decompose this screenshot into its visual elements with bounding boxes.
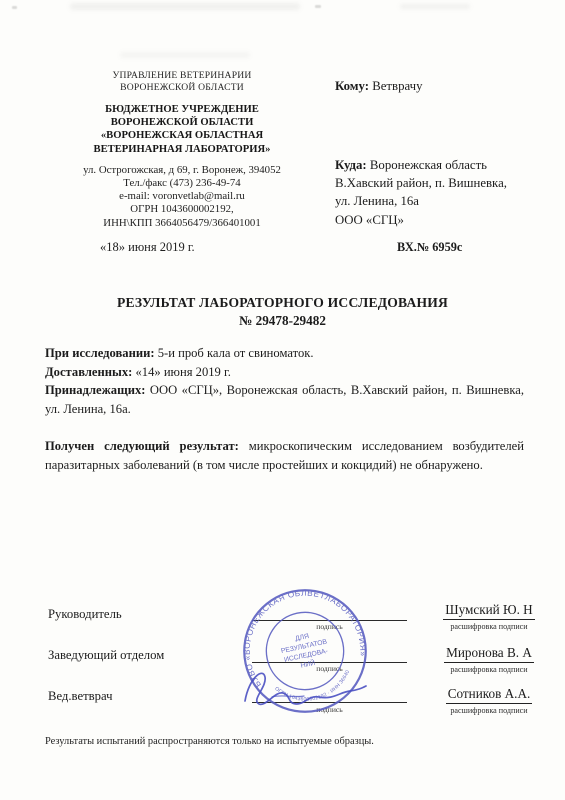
signature-name-block: Миронова В. А расшифровка подписи — [428, 644, 550, 674]
sender-org-line: ВЕТЕРИНАРНАЯ ЛАБОРАТОРИЯ» — [38, 143, 326, 156]
signature-role-director: Руководитель — [48, 607, 122, 622]
signature-name: Сотников А.А. — [446, 686, 533, 704]
signature-name-block: Шумский Ю. Н расшифровка подписи — [428, 601, 550, 631]
sender-inn-kpp: ИНН\КПП 3664056479/366401001 — [38, 217, 326, 230]
sender-organization-name: БЮДЖЕТНОЕ УЧРЕЖДЕНИЕ ВОРОНЕЖСКОЙ ОБЛАСТИ… — [38, 103, 326, 156]
signature-name-block: Сотников А.А. расшифровка подписи — [428, 685, 550, 715]
sender-phone: Тел./факс (473) 236-49-74 — [38, 177, 326, 190]
sender-org-line: ВОРОНЕЖСКОЙ ОБЛАСТИ — [38, 116, 326, 129]
incoming-number: ВХ.№ 6959с — [397, 240, 462, 255]
sender-address: ул. Острогожская, д 69, г. Воронеж, 3940… — [38, 164, 326, 177]
sender-org-line: БЮДЖЕТНОЕ УЧРЕЖДЕНИЕ — [38, 103, 326, 116]
recipient-address: Куда: Воронежская область В.Хавский райо… — [335, 156, 555, 229]
document-title: РЕЗУЛЬТАТ ЛАБОРАТОРНОГО ИССЛЕДОВАНИЯ № 2… — [0, 295, 565, 329]
body-block: При исследовании: 5-и проб кала от свино… — [45, 344, 524, 475]
decode-caption: расшифровка подписи — [428, 622, 550, 631]
title-line2: № 29478-29482 — [0, 313, 565, 329]
sender-contacts: ул. Острогожская, д 69, г. Воронеж, 3940… — [38, 164, 326, 230]
scan-artifact — [315, 5, 321, 8]
document-date: «18» июня 2019 г. — [100, 240, 195, 255]
scan-artifact — [120, 52, 250, 58]
scanned-document-page: УПРАВЛЕНИЕ ВЕТЕРИНАРИИ ВОРОНЕЖСКОЙ ОБЛАС… — [0, 0, 565, 800]
signature-role-head-of-department: Заведующий отделом — [48, 648, 164, 663]
signature-name: Шумский Ю. Н — [443, 602, 534, 620]
body-item-delivered-label: Доставленных: — [45, 365, 132, 379]
recipient-where-line: В.Хавский район, п. Вишневка, — [335, 174, 555, 192]
decode-caption: расшифровка подписи — [428, 706, 550, 715]
sender-department-line: УПРАВЛЕНИЕ ВЕТЕРИНАРИИ — [38, 70, 326, 82]
signature-name: Миронова В. А — [444, 645, 534, 663]
sender-email: e-mail: voronvetlab@mail.ru — [38, 190, 326, 203]
recipient-where-line: ООО «СГЦ» — [335, 211, 555, 229]
body-result: Получен следующий результат: микроскопич… — [45, 437, 524, 474]
footer-note: Результаты испытаний распространяются то… — [45, 736, 374, 747]
body-item-research-text: 5-и проб кала от свиноматок. — [158, 346, 314, 360]
body-item-delivered-text: «14» июня 2019 г. — [135, 365, 230, 379]
title-line1: РЕЗУЛЬТАТ ЛАБОРАТОРНОГО ИССЛЕДОВАНИЯ — [0, 295, 565, 311]
recipient-to-value: Ветврачу — [372, 79, 422, 93]
decode-caption: расшифровка подписи — [428, 665, 550, 674]
recipient-where-line: Воронежская область — [370, 158, 487, 172]
recipient-where-line: ул. Ленина, 16а — [335, 192, 555, 210]
body-item-owner: Принадлежащих: ООО «СГЦ», Воронежская об… — [45, 381, 524, 418]
stamp-center-line: ДЛЯ — [295, 633, 310, 643]
sender-department: УПРАВЛЕНИЕ ВЕТЕРИНАРИИ ВОРОНЕЖСКОЙ ОБЛАС… — [38, 70, 326, 94]
scan-artifact — [12, 6, 17, 9]
sender-org-line: «ВОРОНЕЖСКАЯ ОБЛАСТНАЯ — [38, 129, 326, 142]
scan-artifact — [70, 3, 300, 10]
body-result-label: Получен следующий результат: — [45, 439, 239, 453]
body-item-owner-label: Принадлежащих: — [45, 383, 145, 397]
recipient-to: Кому: Ветврачу — [335, 78, 550, 96]
recipient-where-label: Куда: — [335, 158, 367, 172]
recipient-to-label: Кому: — [335, 79, 369, 93]
signature-role-lead-vet: Вед.ветврач — [48, 689, 112, 704]
handwritten-signature — [238, 664, 370, 710]
sender-ogrn: ОГРН 1043600002192, — [38, 203, 326, 216]
sender-department-line: ВОРОНЕЖСКОЙ ОБЛАСТИ — [38, 82, 326, 94]
body-item-research: При исследовании: 5-и проб кала от свино… — [45, 344, 524, 363]
sender-block: УПРАВЛЕНИЕ ВЕТЕРИНАРИИ ВОРОНЕЖСКОЙ ОБЛАС… — [38, 70, 326, 230]
body-item-delivered: Доставленных: «14» июня 2019 г. — [45, 363, 524, 382]
body-item-research-label: При исследовании: — [45, 346, 155, 360]
scan-artifact — [400, 4, 470, 9]
